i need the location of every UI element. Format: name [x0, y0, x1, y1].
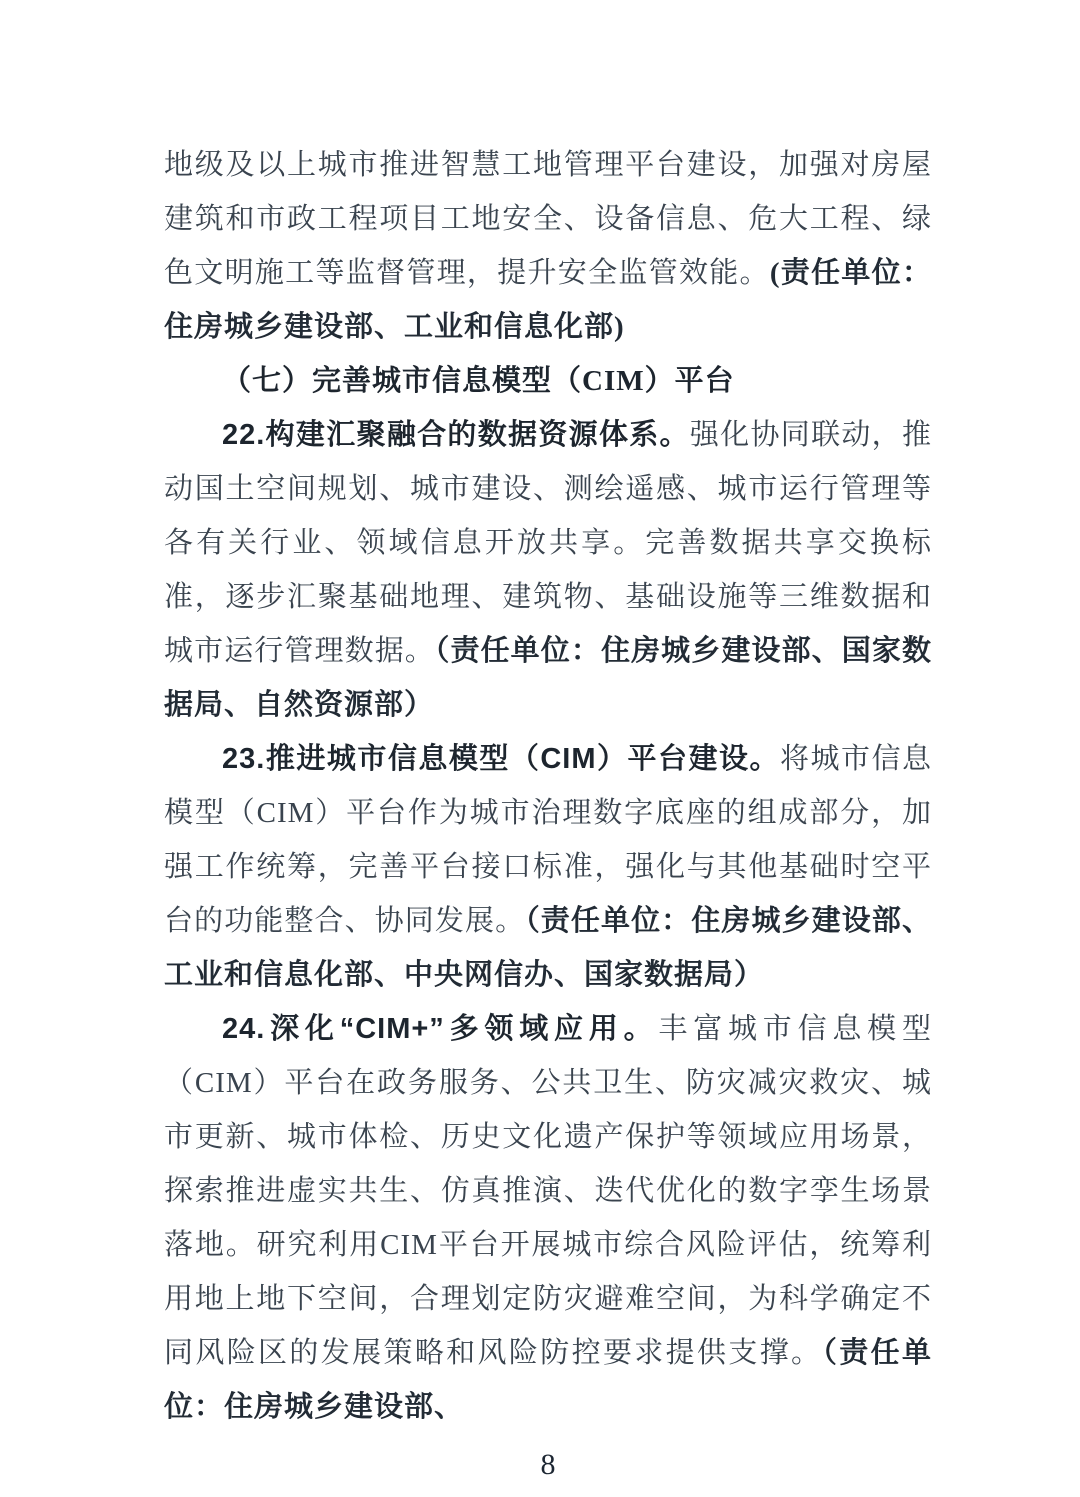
- paragraph-continuation: 地级及以上城市推进智慧工地管理平台建设，加强对房屋建筑和市政工程项目工地安全、设…: [164, 138, 932, 354]
- paragraph-item-24: 24.深化“CIM+”多领域应用。丰富城市信息模型（CIM）平台在政务服务、公共…: [164, 1002, 932, 1434]
- item-24-lead: 24.深化“CIM+”多领域应用。: [222, 1013, 658, 1045]
- item-24-body: 丰富城市信息模型（CIM）平台在政务服务、公共卫生、防灾减灾救灾、城市更新、城市…: [164, 1013, 932, 1369]
- paragraph-item-23: 23.推进城市信息模型（CIM）平台建设。将城市信息模型（CIM）平台作为城市治…: [164, 732, 932, 1002]
- page-number: 8: [541, 1448, 556, 1481]
- section-heading-text: （七）完善城市信息模型（CIM）平台: [222, 365, 735, 397]
- section-heading-7: （七）完善城市信息模型（CIM）平台: [164, 354, 932, 408]
- page-footer: 8: [164, 1444, 932, 1486]
- item-22-lead: 22.构建汇聚融合的数据资源体系。: [222, 419, 690, 451]
- document-page: 地级及以上城市推进智慧工地管理平台建设，加强对房屋建筑和市政工程项目工地安全、设…: [0, 0, 1080, 1497]
- item-23-lead: 23.推进城市信息模型（CIM）平台建设。: [222, 743, 780, 775]
- paragraph-item-22: 22.构建汇聚融合的数据资源体系。强化协同联动，推动国土空间规划、城市建设、测绘…: [164, 408, 932, 732]
- item-22-body: 强化协同联动，推动国土空间规划、城市建设、测绘遥感、城市运行管理等各有关行业、领…: [164, 419, 932, 667]
